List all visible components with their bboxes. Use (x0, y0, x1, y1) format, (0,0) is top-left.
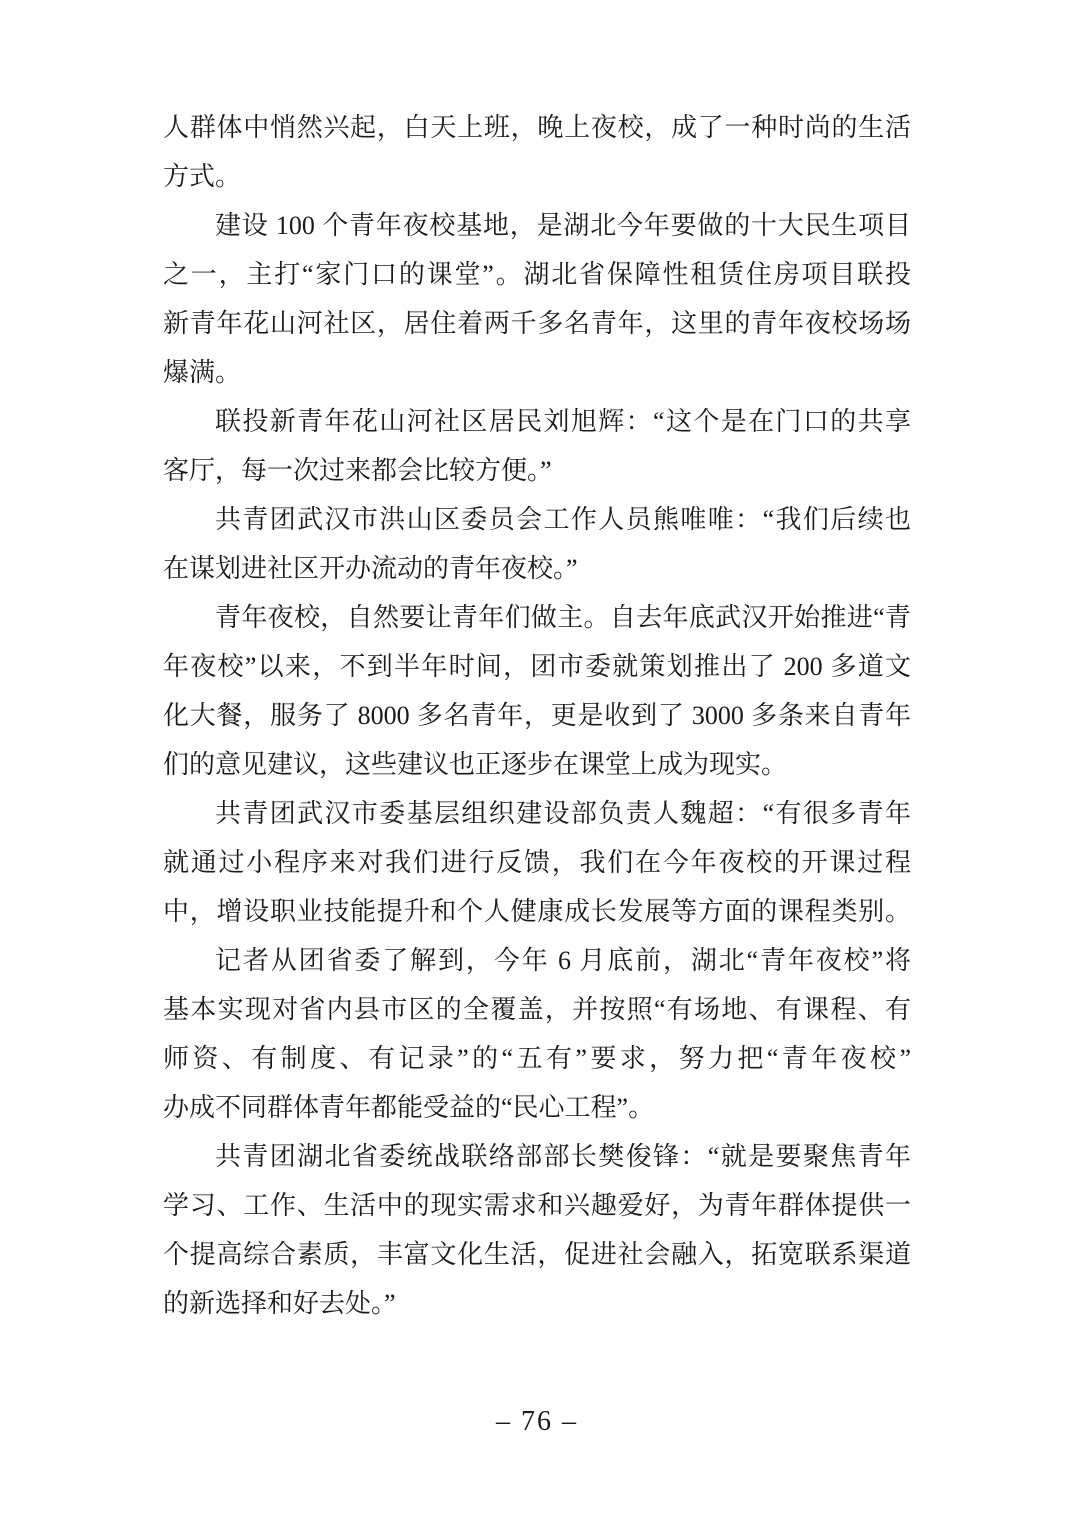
text-line: 青年夜校，自然要让青年们做主。自去年底武汉开始推进“青 (163, 593, 911, 642)
text-line: 基本实现对省内县市区的全覆盖，并按照“有场地、有课程、有 (163, 985, 911, 1034)
text-line: 化大餐，服务了 8000 多名青年，更是收到了 3000 多条来自青年 (163, 691, 911, 740)
text-line: 们的意见建议，这些建议也正逐步在课堂上成为现实。 (163, 740, 911, 789)
text-line: 客厅，每一次过来都会比较方便。” (163, 446, 911, 495)
text-line: 中，增设职业技能提升和个人健康成长发展等方面的课程类别。 (163, 887, 911, 936)
text-line: 共青团武汉市委基层组织建设部负责人魏超：“有很多青年 (163, 789, 911, 838)
text-line: 师资、有制度、有记录”的“五有”要求，努力把“青年夜校” (163, 1034, 911, 1083)
text-line: 联投新青年花山河社区居民刘旭辉：“这个是在门口的共享 (163, 397, 911, 446)
text-line: 共青团湖北省委统战联络部部长樊俊锋：“就是要聚焦青年 (163, 1132, 911, 1181)
text-line: 学习、工作、生活中的现实需求和兴趣爱好，为青年群体提供一 (163, 1181, 911, 1230)
text-line: 在谋划进社区开办流动的青年夜校。” (163, 544, 911, 593)
text-line: 爆满。 (163, 348, 911, 397)
text-line: 记者从团省委了解到，今年 6 月底前，湖北“青年夜校”将 (163, 936, 911, 985)
document-page: 人群体中悄然兴起，白天上班，晚上夜校，成了一种时尚的生活方式。建设 100 个青… (0, 0, 1074, 1520)
text-line: 方式。 (163, 152, 911, 201)
text-line: 个提高综合素质，丰富文化生活，促进社会融入，拓宽联系渠道 (163, 1230, 911, 1279)
page-number: – 76 – (0, 1402, 1074, 1442)
document-body: 人群体中悄然兴起，白天上班，晚上夜校，成了一种时尚的生活方式。建设 100 个青… (163, 103, 911, 1328)
text-line: 办成不同群体青年都能受益的“民心工程”。 (163, 1083, 911, 1132)
text-line: 共青团武汉市洪山区委员会工作人员熊唯唯：“我们后续也 (163, 495, 911, 544)
text-line: 之一，主打“家门口的课堂”。湖北省保障性租赁住房项目联投 (163, 250, 911, 299)
text-line: 建设 100 个青年夜校基地，是湖北今年要做的十大民生项目 (163, 201, 911, 250)
text-line: 新青年花山河社区，居住着两千多名青年，这里的青年夜校场场 (163, 299, 911, 348)
text-line: 的新选择和好去处。” (163, 1279, 911, 1328)
text-line: 人群体中悄然兴起，白天上班，晚上夜校，成了一种时尚的生活 (163, 103, 911, 152)
text-line: 就通过小程序来对我们进行反馈，我们在今年夜校的开课过程 (163, 838, 911, 887)
text-line: 年夜校”以来，不到半年时间，团市委就策划推出了 200 多道文 (163, 642, 911, 691)
